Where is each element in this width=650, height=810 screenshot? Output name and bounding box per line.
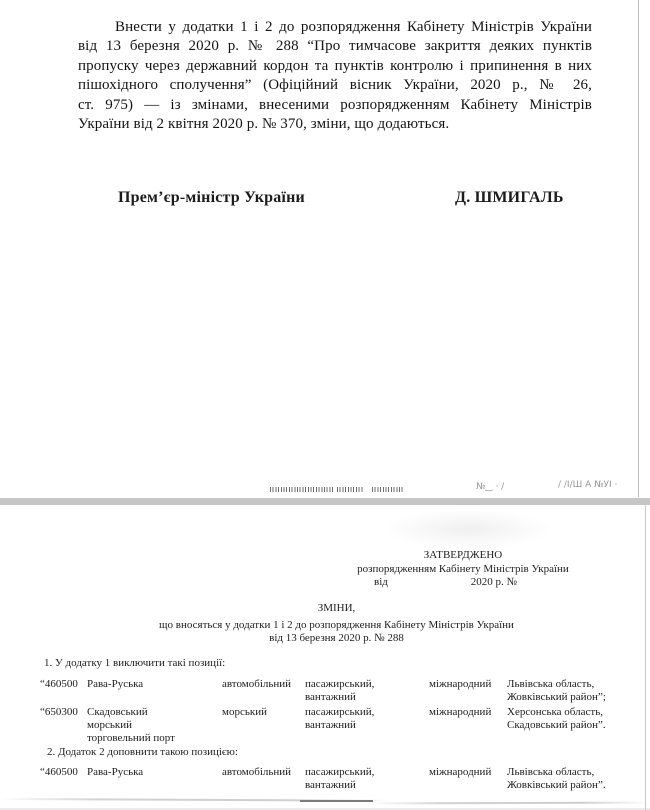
cell-traffic: пасажирський, вантажний: [305, 766, 429, 792]
section-2-label: 2. Додаток 2 доповнити такою позицією:: [47, 746, 238, 759]
cell-code: “460500: [40, 678, 87, 704]
cell-region: Львівська область, Жовківський район”;: [507, 678, 644, 704]
page-separator: [0, 498, 650, 505]
barcode-artifact: [372, 487, 403, 492]
paragraph-line: пропуску через державний кордон та пункт…: [78, 57, 592, 76]
approval-date-prefix: від: [374, 576, 388, 590]
page-edge-line: [638, 0, 639, 497]
cell-status: міжнародний: [429, 706, 507, 745]
cell-traffic: пасажирський, вантажний: [305, 706, 429, 745]
changes-title: ЗМІНИ,: [30, 602, 643, 615]
cell-code: “650300: [40, 706, 87, 745]
document-scan: Внести у додатки 1 і 2 до розпорядження …: [0, 0, 650, 810]
page-edge-line: [645, 505, 646, 810]
cell-name: Рава-Руська: [87, 678, 222, 704]
changes-reference: від 13 березня 2020 р. № 288: [30, 632, 643, 645]
paragraph-line: від 13 березня 2020 р. № 288 “Про тимчас…: [78, 37, 592, 56]
order-paragraph: Внести у додатки 1 і 2 до розпорядження …: [78, 18, 592, 134]
cell-traffic: пасажирський, вантажний: [305, 678, 429, 704]
table-row: “460500 Рава-Руська автомобільний пасажи…: [40, 678, 644, 704]
footnote-rule: [300, 800, 373, 802]
paragraph-line: України від 2 квітня 2020 р. № 370, змін…: [78, 115, 592, 134]
cell-region: Херсонська область, Скадовський район”.: [507, 706, 644, 745]
cell-code: “460500: [40, 766, 87, 792]
approval-date-line: від 2020 р. №: [357, 576, 569, 590]
approval-stamp-word: ЗАТВЕРДЖЕНО: [357, 549, 569, 563]
cell-name: Рава-Руська: [87, 766, 222, 792]
section-1-label: 1. У додатку 1 виключити такі позиції:: [44, 657, 225, 670]
approval-authority: розпорядженням Кабінету Міністрів Україн…: [357, 563, 569, 577]
paragraph-line: ст. 975) — із змінами, внесеними розпоря…: [78, 96, 592, 115]
handwritten-mark: / ∕І∕Ш А №УІ ·: [558, 480, 617, 490]
table-row: “650300 Скадовський морський торговельни…: [40, 706, 644, 745]
paragraph-line: Внести у додатки 1 і 2 до розпорядження …: [78, 18, 592, 37]
cell-status: міжнародний: [429, 766, 507, 792]
handwritten-mark: №‿ · /: [476, 482, 504, 492]
changes-subtitle: що вносяться у додатки 1 і 2 до розпоряд…: [30, 619, 643, 632]
approval-date-suffix: 2020 р. №: [471, 576, 517, 590]
cell-status: міжнародний: [429, 678, 507, 704]
cell-name: Скадовський морський торговельний порт: [87, 706, 222, 745]
cell-region: Львівська область, Жовківський район”.: [507, 766, 644, 792]
signatory-name: Д. ШМИГАЛЬ: [455, 189, 564, 207]
scan-streak: [370, 802, 650, 805]
paragraph-line: пішохідного сполучення” (Офіційний вісни…: [78, 76, 592, 95]
scan-noise: [383, 509, 553, 549]
cell-type: автомобільний: [222, 766, 305, 792]
cell-type: морський: [222, 706, 305, 745]
barcode-artifact: [337, 487, 364, 492]
cell-type: автомобільний: [222, 678, 305, 704]
signatory-title: Прем’єр-міністр України: [118, 189, 305, 207]
approval-block: ЗАТВЕРДЖЕНО розпорядженням Кабінету Міні…: [357, 549, 569, 590]
table-row: “460500 Рава-Руська автомобільний пасажи…: [40, 766, 644, 792]
barcode-artifact: [270, 487, 333, 492]
